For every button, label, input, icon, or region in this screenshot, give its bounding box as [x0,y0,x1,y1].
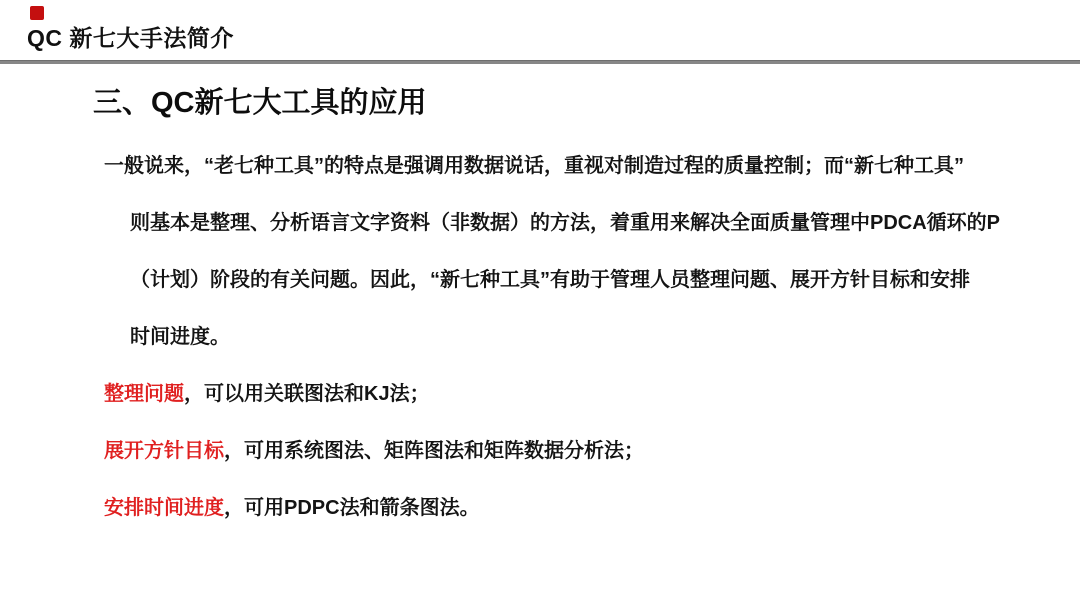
body-text: 一般说来，“老七种工具”的特点是强调用数据说话，重视对制造过程的质量控制；而“新… [104,138,1054,537]
paragraph-line-4: 时间进度。 [104,309,1054,366]
point-line-1: 整理问题，可以用关联图法和KJ法； [104,366,1054,423]
point-lead-1: 整理问题 [104,383,184,405]
paragraph-line-3: （计划）阶段的有关问题。因此，“新七种工具”有助于管理人员整理问题、展开方针目标… [104,252,1054,309]
section-heading: 三、QC新七大工具的应用 [93,80,427,121]
point-line-3: 安排时间进度，可用PDPC法和箭条图法。 [104,480,1054,537]
point-line-2: 展开方针目标，可用系统图法、矩阵图法和矩阵数据分析法； [104,423,1054,480]
header-divider [0,60,1080,64]
point-lead-2: 展开方针目标 [104,440,224,462]
paragraph-line-2: 则基本是整理、分析语言文字资料（非数据）的方法，着重用来解决全面质量管理中PDC… [104,195,1054,252]
header-red-square-icon [30,6,44,20]
header-title: QC 新七大手法简介 [27,20,234,53]
slide-canvas: QC 新七大手法简介 三、QC新七大工具的应用 一般说来，“老七种工具”的特点是… [0,0,1080,608]
paragraph-line-1: 一般说来，“老七种工具”的特点是强调用数据说话，重视对制造过程的质量控制；而“新… [104,138,1054,195]
point-rest-3: ，可用PDPC法和箭条图法。 [224,497,480,519]
point-rest-2: ，可用系统图法、矩阵图法和矩阵数据分析法； [224,440,644,462]
point-lead-3: 安排时间进度 [104,497,224,519]
point-rest-1: ，可以用关联图法和KJ法； [184,383,430,405]
